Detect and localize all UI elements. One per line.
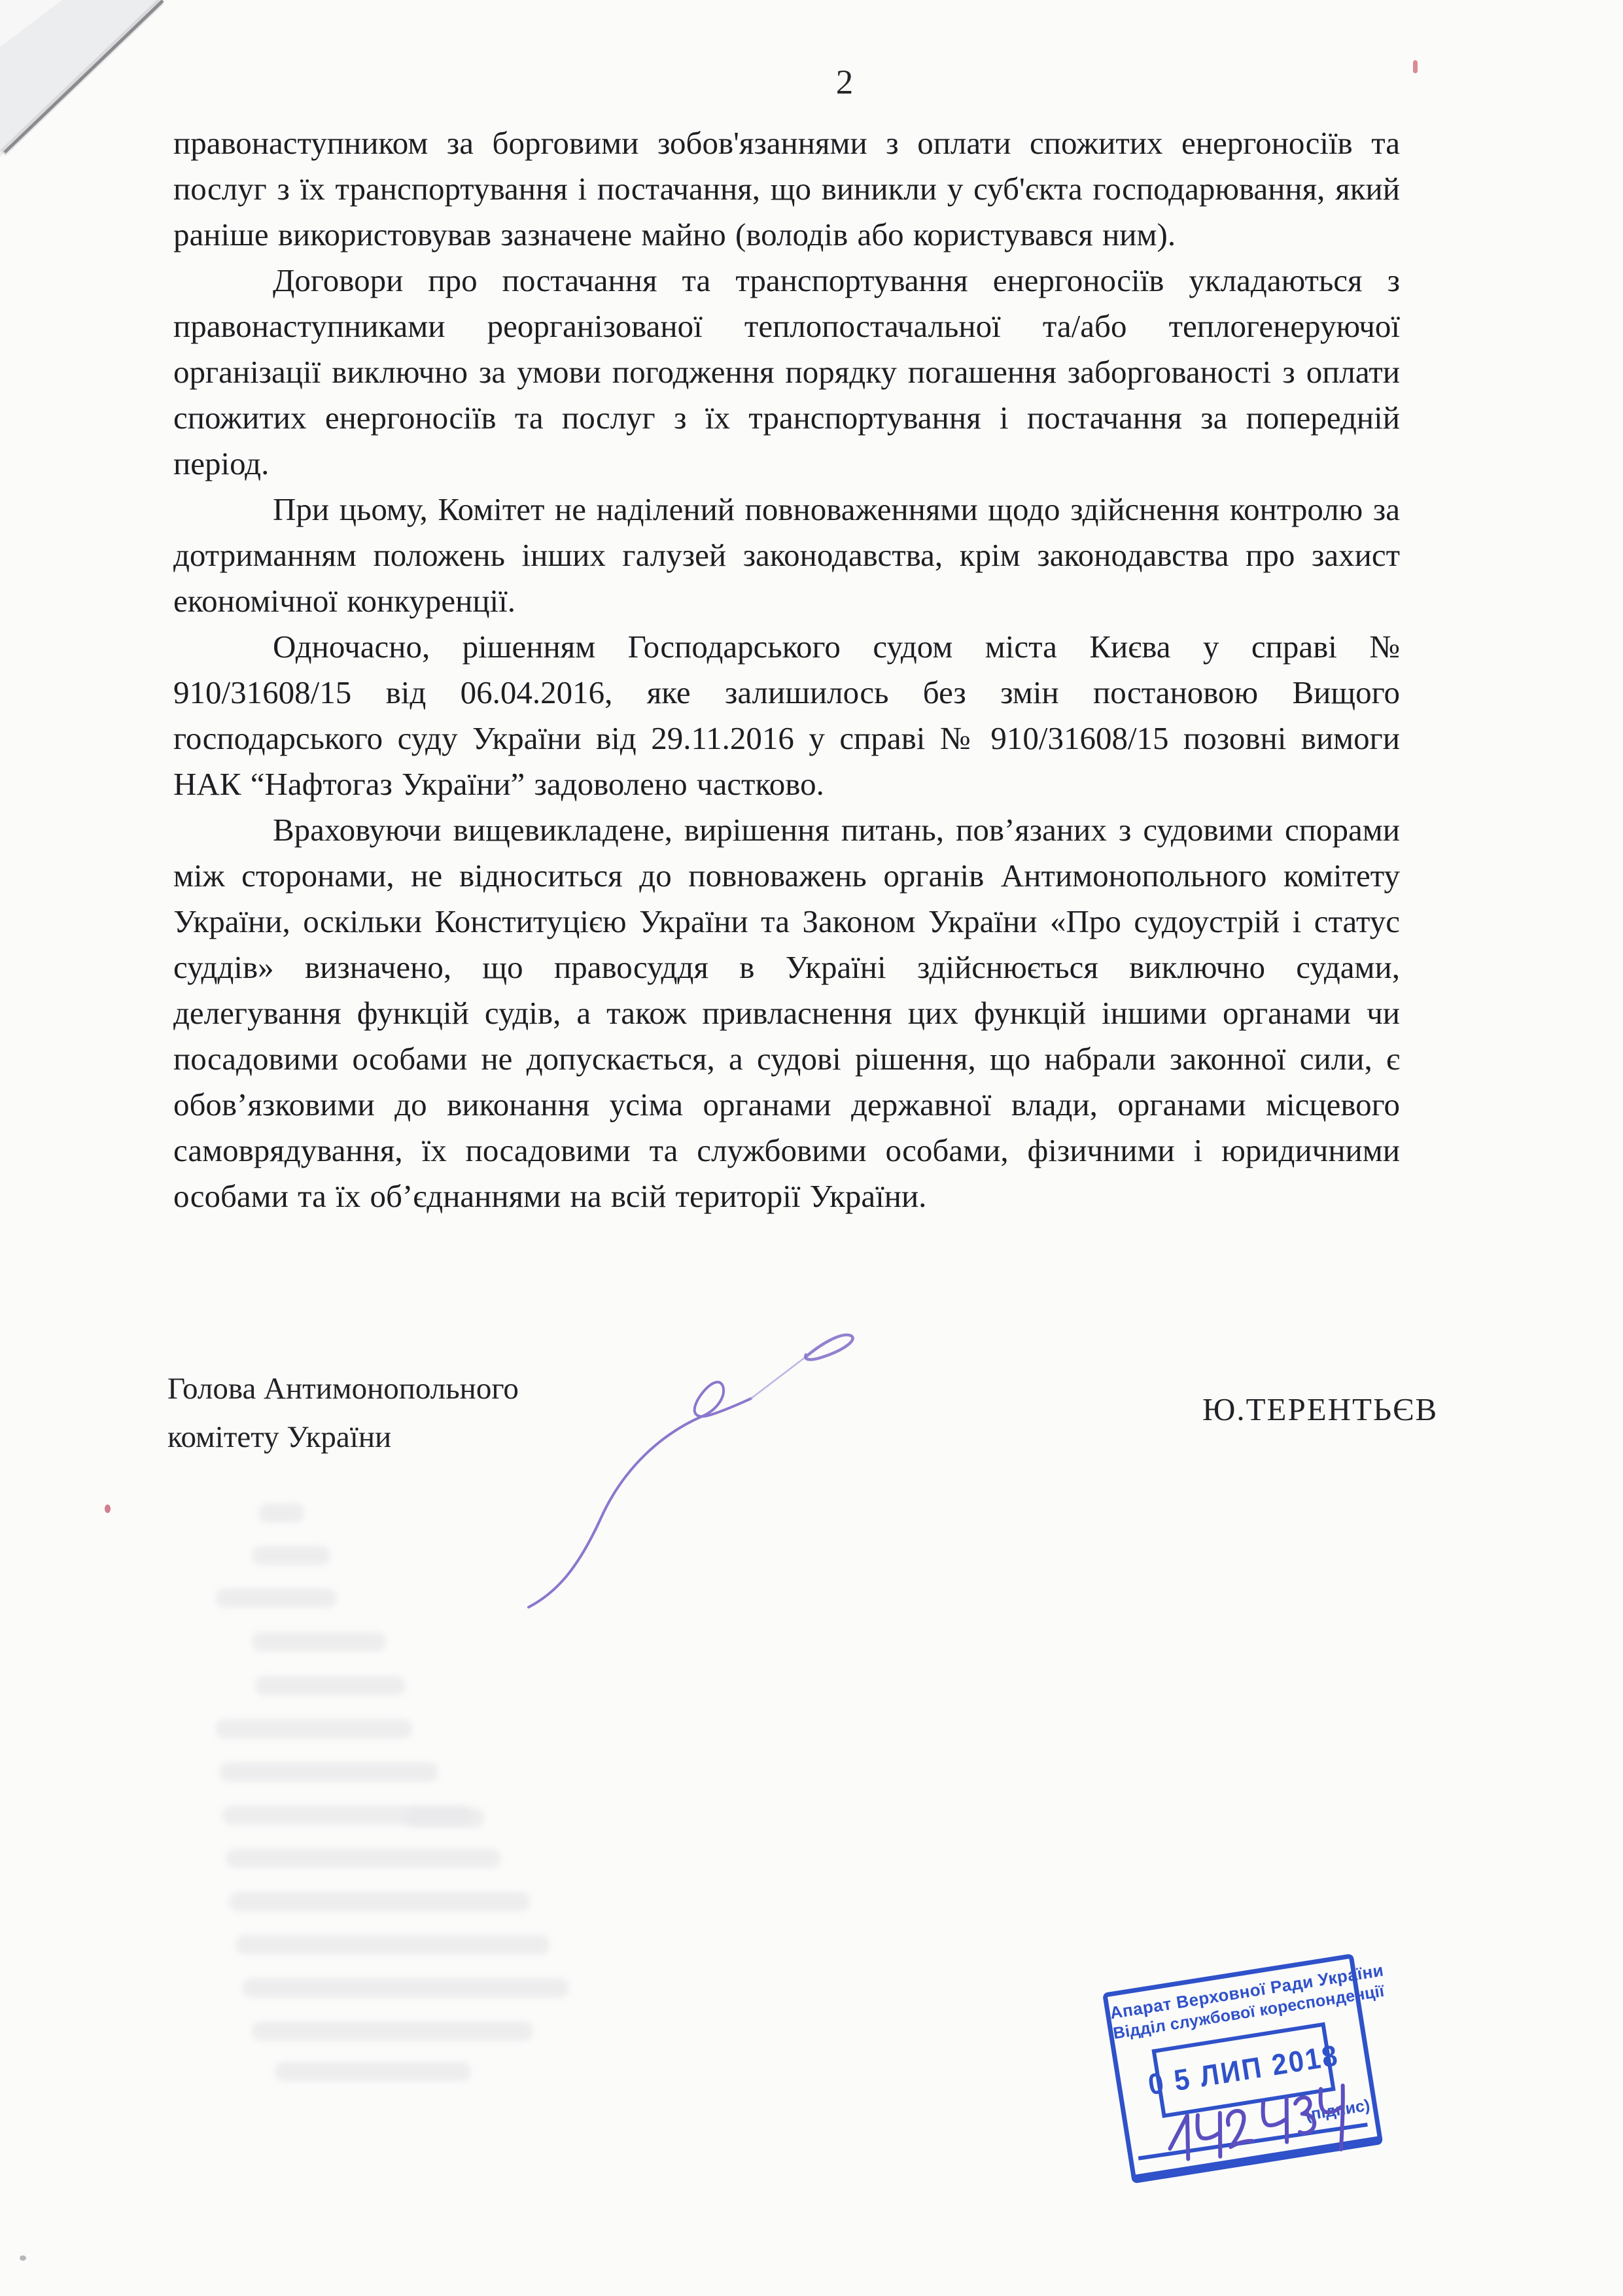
registration-stamp: Апарат Верховної Ради України Відділ слу… (1102, 1953, 1383, 2183)
bleedthrough-line (236, 1935, 550, 1955)
paragraph: Враховуючи вищевикладене, вирішення пита… (173, 807, 1400, 1219)
bleedthrough-line (229, 1892, 530, 1911)
signer-name: Ю.ТЕРЕНТЬЄВ (1202, 1391, 1438, 1428)
bleedthrough-line (216, 1588, 337, 1608)
scan-speck (105, 1505, 111, 1513)
bleedthrough-line (406, 1808, 484, 1828)
bleedthrough-line (275, 2062, 471, 2081)
document-body: правонаступником за борговими зобов'язан… (173, 120, 1400, 1219)
bleedthrough-line (219, 1762, 438, 1782)
page-number: 2 (815, 63, 874, 102)
closing-title-line2: комітету України (167, 1413, 519, 1461)
bleedthrough-line (216, 1719, 412, 1739)
paragraph: При цьому, Комітет не наділений повноваж… (173, 487, 1400, 624)
stamp-handwritten-number (1108, 1957, 1388, 2187)
scanned-document-page: 2 правонаступником за борговими зобов'яз… (0, 0, 1623, 2296)
bleedthrough-line (242, 1978, 569, 1998)
bleedthrough-line (252, 2021, 533, 2041)
bleedthrough-line (255, 1676, 406, 1696)
closing-title-line1: Голова Антимонопольного (167, 1365, 519, 1413)
paragraph: Договори про постачання та транспортуван… (173, 258, 1400, 487)
bleedthrough-line (226, 1849, 500, 1868)
folded-corner (0, 0, 177, 164)
bleedthrough-line (252, 1632, 386, 1652)
paragraph: Одночасно, рішенням Господарського судом… (173, 624, 1400, 807)
bleedthrough-line (258, 1503, 304, 1523)
paragraph: правонаступником за борговими зобов'язан… (173, 120, 1400, 258)
bleedthrough-line (252, 1546, 330, 1565)
scan-speck (1413, 60, 1418, 73)
closing-title: Голова Антимонопольного комітету України (167, 1365, 519, 1461)
scan-speck (20, 2255, 26, 2261)
